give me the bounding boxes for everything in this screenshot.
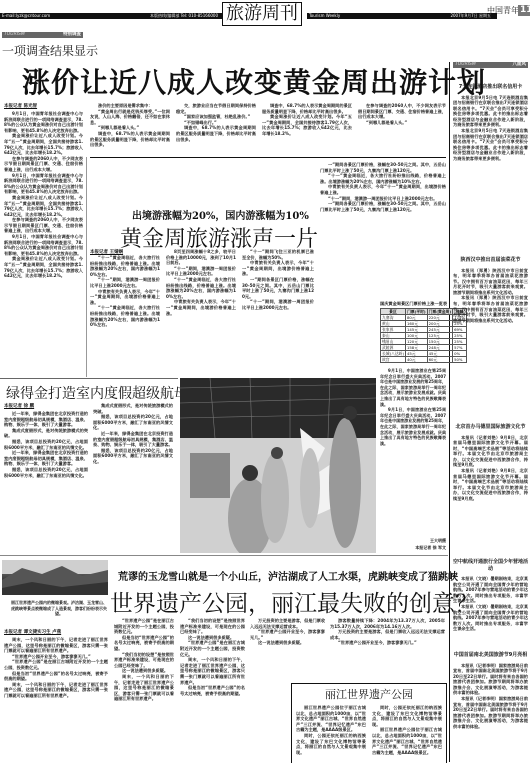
lead-column-5: 在参与调查的2060人中，不少网友表示节假日期间景区门票、交通、住宿价格普遍上涨…: [358, 103, 446, 151]
lead-column-4: 调查中，68.7%的人表示黄金周期间的景区服务质量明显下降，价格却比平时高出很多…: [262, 103, 352, 151]
heritage-photo-caption: 丽江世界遗产公园内的微缩景观。泸沽湖、玉龙雪山、虎跳峡等景点被微缩成了人造景观，…: [10, 600, 108, 622]
section-tag: TOURISM 特别调查: [2, 32, 83, 38]
page-number: 11: [518, 5, 530, 16]
sidebar-item: 北京首办马德里国际旅游文化节 本报讯（记者刘艳）9月8日，北京首届马德里国际旅游…: [453, 424, 528, 560]
sub-kicker: 出境游涨幅为20%，国内游涨幅为10%: [132, 207, 309, 222]
english-title: Tourism Weekly: [307, 13, 340, 18]
sub-column-1: “十一”黄金周临近，各大旅行社纷纷推出线路，价格普遍上涨。出境游涨幅为20%左右…: [90, 255, 160, 377]
heritage-column-5: 游客数量持续下降：2004年为13.37万人次，2005年为15.37万人次，2…: [330, 618, 445, 678]
landscape-photo-icon: [2, 560, 108, 595]
sub-column-3: “十一”期间飞往三亚的机票已涨至全价，涨幅为50%。 中青旅有关负责人表示，今年…: [242, 249, 314, 377]
masthead-email: E-mail:lyzk@cntour.com: [0, 13, 50, 18]
price-table-title: 国庆黄金周景区门票价格上涨一览表: [380, 301, 446, 307]
heritage-kicker: 荒谬的玉龙雪山就是一个小山丘，泸沽湖成了人工水渠，虎跳峡变成了猫跳峡: [118, 568, 458, 583]
info-box-column-2: 同时，公园还依托丽江的纳西族文化，建设了东巴文化博物馆等景点，将丽江的自然与人文…: [372, 705, 442, 760]
heritage-byline: 本报记者 谭文捷实习生 卢燕: [4, 629, 61, 635]
sub-column-4: 一”期间各景区门票价格，涨幅在30-50元之间。其中，五岳山门票比平时上涨了50…: [320, 162, 446, 294]
lead-kicker: 一项调查结果显示: [2, 42, 98, 59]
info-box-column-1: 丽江世界遗产公园位于丽江古城以北，总占地面积约1000亩，以“世界文化遗产”丽江…: [296, 705, 366, 760]
article3-rule: [0, 378, 178, 379]
article3-column-2: 集成式度假形式，是对传统旅游模式的突破。 据悉，该项目总投资约20亿元，占地面积…: [93, 403, 173, 551]
sidebar-item: 7天连锁酒店推出联名信用卡 本报北京9月5日电 7天连锁酒店集团与招商银行在京联…: [453, 84, 528, 250]
sidebar-divider: [449, 62, 450, 762]
heritage-column-3: “我们当初的设想”是按照世界遗产标准来建设，可是现在的公园已经变味了。 这一说法…: [180, 618, 245, 763]
heritage-rule: [0, 555, 448, 556]
section-title: 旅游周刊: [222, 2, 302, 26]
photo-caption: 9月1日，中国旅游业在第25周年纪念日举行盛大庆典活动。2007年也是中国旅游业…: [380, 368, 446, 538]
heritage-column-2: “世界遗产公园”是在丽江古城附近开发的一个主题公园，投资数亿元。 但是当初“世界…: [114, 618, 174, 763]
sidebar-item: 空中航线开通旅行全国少年营地活动 本报讯（文晓）暑期刚结束，北京某航空公司开通了…: [453, 559, 528, 656]
sub-column-2: 8页至四周涨幅十8之多，较平日价格上涨约10000元，涨到了10月1日前后。 “…: [166, 249, 236, 377]
sidebar-item: 中国首届南北美国旅游节9月亮相 本报讯（记者李明）国家旅游局日前宣布，首届中国南…: [453, 652, 528, 763]
lead-byline: 本报记者 陈光智: [4, 103, 37, 109]
lead-column-2: 涨价的主要原因是需求集中： “黄金周出行就是花钱买罪受。”一位网友说，人山人海、…: [90, 103, 170, 151]
heritage-column-4: 万元投资的主要是游客，但是门票收入远远无法支撑运营成本。 “世界遗产公园开业至今…: [250, 618, 325, 678]
heritage-photo: [2, 560, 108, 595]
lead-headline: 涨价让近八成人改变黄金周出游计划: [22, 61, 486, 101]
heritage-column-1: 周末，一个风和日丽的下午，记者走进了丽江世界遗产公园，这里号称是丽江的微缩景区，…: [4, 637, 108, 763]
masthead-right-bar: Tourism Weekly 2007年9月7日 星期五: [307, 13, 497, 19]
sidebar-item: 陕西汉中推出首届油菜花节 本报讯（郑勇）陕西汉中市日前宣布，明年春季将举办首届油…: [453, 257, 528, 398]
info-box-title: 丽江世界遗产公园: [292, 686, 446, 702]
author-credit: 本报记者 徐 军文: [380, 545, 446, 551]
lead-column-1: 9月1日，中国青年报社会调查中心与新浪网联合进行的一项网络调查显示，78.8%的…: [4, 111, 83, 381]
article3-column-1: 近一年来，绿得金集团在北京投资打造的室内度假超级航母初具规模，集酒店、温泉、购物…: [4, 411, 88, 551]
masthead-left-bar: E-mail:lyzk@cntour.com 本版热线/编辑部 Tel: 010…: [0, 13, 222, 19]
heritage-headline: 世界遗产公园，丽江最失败的创意？: [110, 585, 478, 618]
festival-photo: [180, 378, 376, 553]
heritage-info-box: 丽江世界遗产公园 丽江世界遗产公园位于丽江古城以北，总占地面积约1000亩，以“…: [291, 683, 447, 763]
column-divider: [86, 157, 87, 377]
photo-credit: 王大明摄: [380, 538, 446, 544]
dancers-photo-icon: [180, 378, 376, 553]
article3-byline: 本报记者 徐 鹏: [4, 403, 34, 409]
price-table: 景区 门票(平时) 门票(黄金周) 涨幅 九寨沟80元220元175% 黄山16…: [380, 308, 446, 363]
article3-headline: 绿得金打造室内度假超级航母: [6, 383, 188, 403]
lead-column-3: 交，旅游业应当在节假日期间保持价格稳定。 “国家应该加强监管，杜绝乱涨价。” “…: [176, 103, 256, 151]
sidebar-tag: TOURISM 八面风: [453, 62, 528, 68]
sub-article-rule: [90, 157, 446, 158]
masthead-hotline: 本版热线/编辑部 Tel: 010-85166000: [150, 13, 222, 19]
